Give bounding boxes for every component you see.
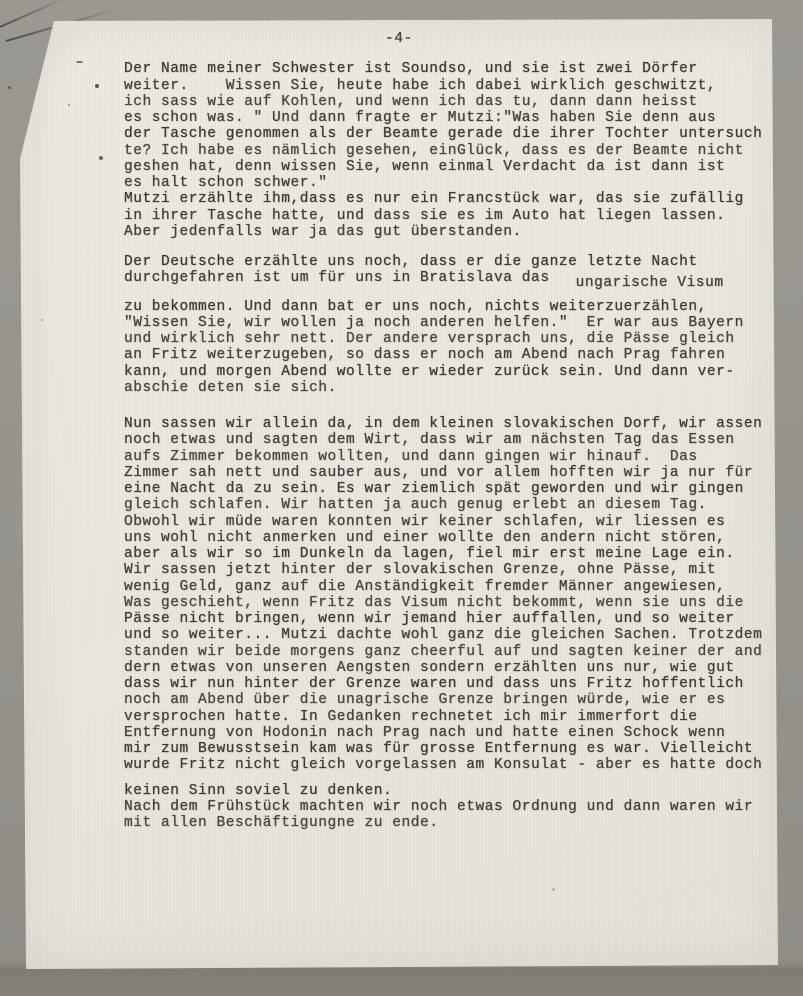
text-line: dass wir nun hinter der Grenze waren und… [124,676,774,692]
text-line: wenig Geld, ganz auf die Anständigkeit f… [124,579,774,595]
paragraph: Der Deutsche erzählte uns noch, dass er … [124,254,774,287]
paragraph: Der Name meiner Schwester ist Soundso, u… [124,61,774,240]
text-line: eine Nacht da zu sein. Es war ziemlich s… [124,481,774,497]
text-line: uns wohl nicht anmerken und einer wollte… [124,530,774,546]
text-line: "Wissen Sie, wir wollen ja noch anderen … [124,315,774,331]
text-line: geshen hat, denn wissen Sie, wenn einmal… [124,159,774,175]
paper-corner-fold [20,19,90,179]
ink-speck [68,104,70,106]
text-line: der Tasche genommen als der Beamte gerad… [124,126,774,142]
ink-speck [99,156,103,160]
text-line: mir zum Bewusstsein kam was für grosse E… [124,741,774,757]
text-line: keinen Sinn soviel zu denken. [124,783,774,799]
ink-speck [552,888,555,891]
text-line: Nach dem Frühstück machten wir noch etwa… [124,799,774,815]
text-line: standen wir beide morgens ganz cheerful … [124,644,774,660]
text-line: versprochen hatte. In Gedanken rechnetet… [124,709,774,725]
text-line: Obwohl wir müde waren konnten wir keiner… [124,514,774,530]
ink-speck [8,86,11,89]
paragraph: Nun sassen wir allein da, in dem kleinen… [124,416,774,774]
text-segment: durchgefahren ist um für uns in Bratisla… [124,270,550,286]
text-line: aber als wir so im Dunkeln da lagen, fie… [124,546,774,562]
text-line: in ihrer Tasche hatte, und dass sie es i… [124,208,774,224]
text-line: Zimmer sah nett und sauber aus, und vor … [124,465,774,481]
text-line: Der Deutsche erzählte uns noch, dass er … [124,254,774,270]
text-line: aufs Zimmer bekommen wollten, und dann g… [124,449,774,465]
text-line: es schon was. " Und dann fragte er Mutzi… [124,110,774,126]
text-line: kann, und morgen Abend wollte er wieder … [124,364,774,380]
text-line: Aber jedenfalls war ja das gut überstand… [124,224,774,240]
text-line: weiter. Wissen Sie, heute habe ich dabei… [124,78,774,94]
ink-speck [41,319,43,321]
paragraph: keinen Sinn soviel zu denken.Nach dem Fr… [124,783,774,832]
text-line: und so weiter... Mutzi dachte wohl ganz … [124,627,774,643]
text-line: mit allen Beschäftigungne zu ende. [124,815,774,831]
text-line: durchgefahren ist um für uns in Bratisla… [124,270,774,286]
paper-sheet: -4- Der Name meiner Schwester ist Sounds… [20,19,778,969]
text-line: Pässe nicht bringen, wenn wir jemand hie… [124,611,774,627]
text-line: ich sass wie auf Kohlen, und wenn ich da… [124,94,774,110]
text-line: wurde Fritz nicht gleich vorgelassen am … [124,757,774,773]
page-number: -4- [124,31,774,47]
offset-text-segment: ungarische Visum [576,275,724,291]
ink-speck [95,84,99,88]
text-line: Mutzi erzählte ihm,dass es nur ein Franc… [124,191,774,207]
text-line: Nun sassen wir allein da, in dem kleinen… [124,416,774,432]
text-line: zu bekommen. Und dann bat er uns noch, n… [124,299,774,315]
text-line: gleich schlafen. Wir hatten ja auch genu… [124,497,774,513]
text-line: abschie deten sie sich. [124,380,774,396]
text-line: noch am Abend über die unagrische Grenze… [124,692,774,708]
ink-speck [76,61,83,63]
typewritten-text: -4- Der Name meiner Schwester ist Sounds… [124,31,774,831]
paragraph: zu bekommen. Und dann bat er uns noch, n… [124,299,774,397]
text-line: es halt schon schwer." [124,175,774,191]
text-line: Der Name meiner Schwester ist Soundso, u… [124,61,774,77]
text-line: te? Ich habe es nämlich gesehen, einGlüc… [124,143,774,159]
text-line: und wirklich sehr nett. Der andere versp… [124,331,774,347]
paragraphs: Der Name meiner Schwester ist Soundso, u… [124,61,774,831]
text-line: Entfernung von Hodonin nach Prag nach un… [124,725,774,741]
text-line: Wir sassen jetzt hinter der slovakischen… [124,562,774,578]
text-line: noch etwas und sagten dem Wirt, dass wir… [124,432,774,448]
text-line: an Fritz weiterzugeben, so dass er noch … [124,347,774,363]
text-line: Was geschieht, wenn Fritz das Visum nich… [124,595,774,611]
text-line: dern etwas von unseren Aengsten sondern … [124,660,774,676]
